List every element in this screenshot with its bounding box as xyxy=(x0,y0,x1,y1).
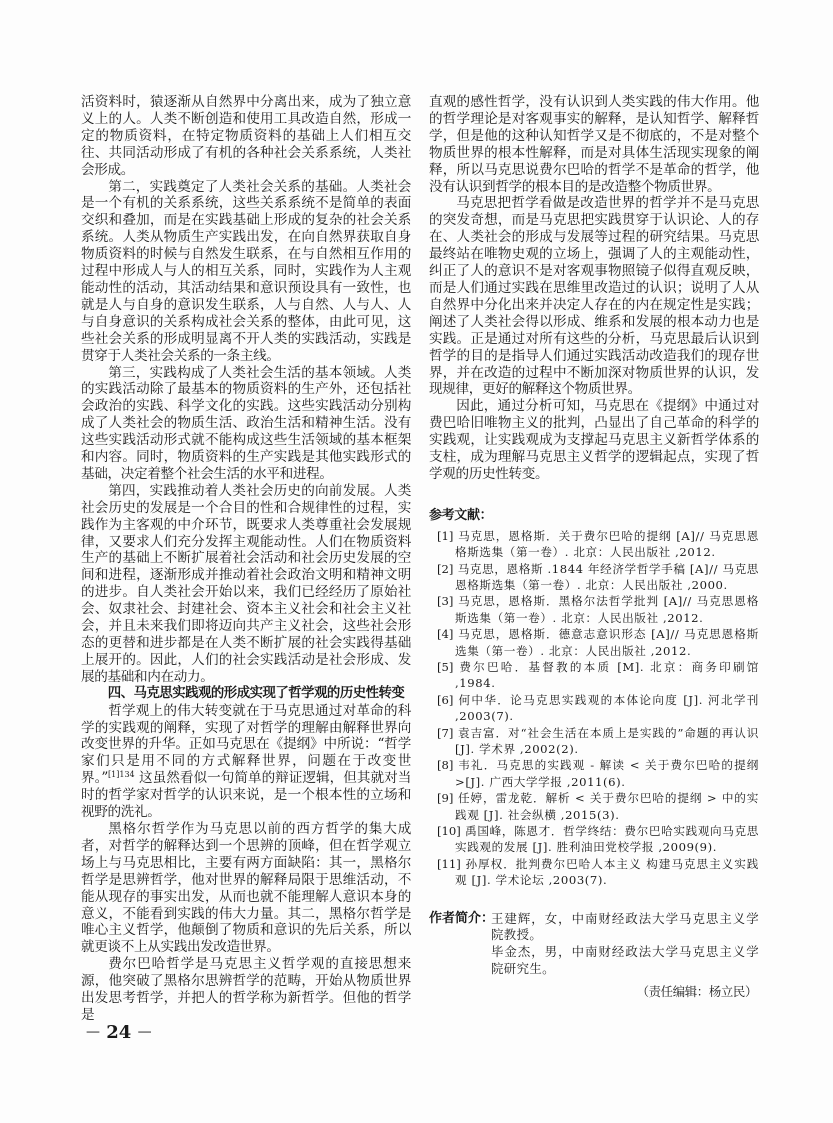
reference-text: 袁吉富．对“社会生活在本质上是实践的”命题的再认识 [J]. 学术界 ,2002… xyxy=(455,726,759,756)
reference-number: [6] xyxy=(437,693,453,707)
reference-item: [4] 马克思，恩格斯．德意志意识形态 [A]// 马克思恩格斯选集（第一卷）.… xyxy=(433,626,759,659)
right-column: 直观的感性哲学，没有认识到人类实践的伟大作用。他的哲学理论是对客观事实的解释，是… xyxy=(429,94,759,1001)
body-paragraph: 直观的感性哲学，没有认识到人类实践的伟大作用。他的哲学理论是对客观事实的解释，是… xyxy=(429,94,759,195)
author-bio-label: 作者简介： xyxy=(429,911,494,928)
reference-number: [11] xyxy=(437,857,461,871)
body-paragraph: 费尔巴哈哲学是马克思主义哲学观的直接思想来源，他突破了黑格尔思辨哲学的范畴，开始… xyxy=(81,956,411,1024)
body-paragraph: 因此，通过分析可知，马克思在《提纲》中通过对费巴哈旧唯物主义的批判，凸显出了自己… xyxy=(429,398,759,483)
reference-text: 孙厚权．批判费尔巴哈人本主义 构建马克思主义实践观 [J]. 学术论坛 ,200… xyxy=(455,857,759,887)
reference-item: [9] 任婷，雷龙乾．解析 < 关于费尔巴哈的提纲 > 中的实践观 [J]. 社… xyxy=(433,790,759,823)
body-paragraph: 黑格尔哲学作为马克思以前的西方哲学的集大成者，对哲学的解释达到一个思辨的顶峰，但… xyxy=(81,821,411,956)
author-entry: 王建辉，女，中南财经政法大学马克思主义学院教授。 xyxy=(491,911,759,945)
left-column: 活资料时，猿逐渐从自然界中分离出来，成为了独立意义上的人。人类不断创造和使用工具… xyxy=(81,94,411,1024)
reference-text: 马克思，恩格斯．黑格尔法哲学批判 [A]// 马克思恩格斯选集（第一卷）. 北京… xyxy=(455,594,759,624)
reference-item: [6] 何中华．论马克思实践观的本体论向度 [J]. 河北学刊 ,2003(7)… xyxy=(433,692,759,725)
reference-number: [7] xyxy=(437,726,453,740)
reference-number: [4] xyxy=(437,627,453,641)
reference-number: [8] xyxy=(437,758,453,772)
reference-number: [10] xyxy=(437,824,461,838)
body-paragraph: 第三，实践构成了人类社会生活的基本领域。人类的实践活动除了最基本的物质资料的生产… xyxy=(81,365,411,483)
body-paragraph: 活资料时，猿逐渐从自然界中分离出来，成为了独立意义上的人。人类不断创造和使用工具… xyxy=(81,94,411,179)
reference-item: [10] 禹国峰，陈恩才．哲学终结：费尔巴哈实践观向马克思实践观的发展 [J].… xyxy=(433,823,759,856)
author-bio: 作者简介： 王建辉，女，中南财经政法大学马克思主义学院教授。 毕金杰，男，中南财… xyxy=(429,911,759,978)
page-number-dash-left: — xyxy=(86,1024,100,1040)
reference-text: 马克思，恩格斯．德意志意识形态 [A]// 马克思恩格斯选集（第一卷）. 北京：… xyxy=(455,627,759,657)
reference-number: [2] xyxy=(437,562,453,576)
reference-number: [1] xyxy=(437,529,453,543)
reference-text: 何中华．论马克思实践观的本体论向度 [J]. 河北学刊 ,2003(7). xyxy=(455,693,759,723)
page-number: — 24 — xyxy=(86,1022,152,1043)
reference-item: [5] 费尔巴哈．基督教的本质 [M]. 北京：商务印刷馆 ,1984. xyxy=(433,659,759,692)
citation-marker: [1]134 xyxy=(108,770,135,779)
reference-item: [11] 孙厚权．批判费尔巴哈人本主义 构建马克思主义实践观 [J]. 学术论坛… xyxy=(433,856,759,889)
reference-item: [8] 韦礼．马克思的实践观 - 解读 < 关于费尔巴哈的提纲 >[J]. 广西… xyxy=(433,757,759,790)
reference-text: 马克思，恩格斯．关于费尔巴哈的提纲 [A]// 马克思恩格斯选集（第一卷）. 北… xyxy=(455,529,759,559)
body-paragraph: 马克思把哲学看做是改造世界的哲学并不是马克思的突发奇想，而是马克思把实践贯穿于认… xyxy=(429,195,759,398)
reference-item: [1] 马克思，恩格斯．关于费尔巴哈的提纲 [A]// 马克思恩格斯选集（第一卷… xyxy=(433,528,759,561)
author-entries: 王建辉，女，中南财经政法大学马克思主义学院教授。 毕金杰，男，中南财经政法大学马… xyxy=(491,911,759,978)
reference-text: 费尔巴哈．基督教的本质 [M]. 北京：商务印刷馆 ,1984. xyxy=(455,660,759,690)
section-heading: 四、马克思实践观的形成实现了哲学观的历史性转变 xyxy=(81,686,411,703)
reference-item: [2] 马克思，恩格斯 .1844 年经济学哲学手稿 [A]// 马克思恩格斯选… xyxy=(433,561,759,594)
reference-item: [3] 马克思，恩格斯．黑格尔法哲学批判 [A]// 马克思恩格斯选集（第一卷）… xyxy=(433,593,759,626)
body-paragraph: 第二，实践奠定了人类社会关系的基础。人类社会是一个有机的关系系统，这些关系系统不… xyxy=(81,179,411,365)
reference-number: [3] xyxy=(437,594,453,608)
body-paragraph: 第四，实践推动着人类社会历史的向前发展。人类社会历史的发展是一个合目的性和合规律… xyxy=(81,483,411,686)
reference-text: 任婷，雷龙乾．解析 < 关于费尔巴哈的提纲 > 中的实践观 [J]. 社会纵横 … xyxy=(455,791,759,821)
reference-number: [5] xyxy=(437,660,453,674)
reference-text: 马克思，恩格斯 .1844 年经济学哲学手稿 [A]// 马克思恩格斯选集（第一… xyxy=(455,562,759,592)
reference-text: 禹国峰，陈恩才．哲学终结：费尔巴哈实践观向马克思实践观的发展 [J]. 胜利油田… xyxy=(455,824,759,854)
references-title: 参考文献： xyxy=(429,508,759,525)
body-paragraph: 哲学观上的伟大转变就在于马克思通过对革命的科学的实践观的阐释，实现了对哲学的理解… xyxy=(81,703,411,821)
author-entry: 毕金杰，男，中南财经政法大学马克思主义学院研究生。 xyxy=(491,944,759,978)
page-number-dash-right: — xyxy=(138,1024,152,1040)
references-list: [1] 马克思，恩格斯．关于费尔巴哈的提纲 [A]// 马克思恩格斯选集（第一卷… xyxy=(429,528,759,889)
reference-item: [7] 袁吉富．对“社会生活在本质上是实践的”命题的再认识 [J]. 学术界 ,… xyxy=(433,725,759,758)
reference-text: 韦礼．马克思的实践观 - 解读 < 关于费尔巴哈的提纲 >[J]. 广西大学学报… xyxy=(455,758,759,788)
page-number-value: 24 xyxy=(106,1022,131,1043)
reference-number: [9] xyxy=(437,791,453,805)
responsible-editor: （责任编辑：杨立民） xyxy=(429,984,759,1001)
